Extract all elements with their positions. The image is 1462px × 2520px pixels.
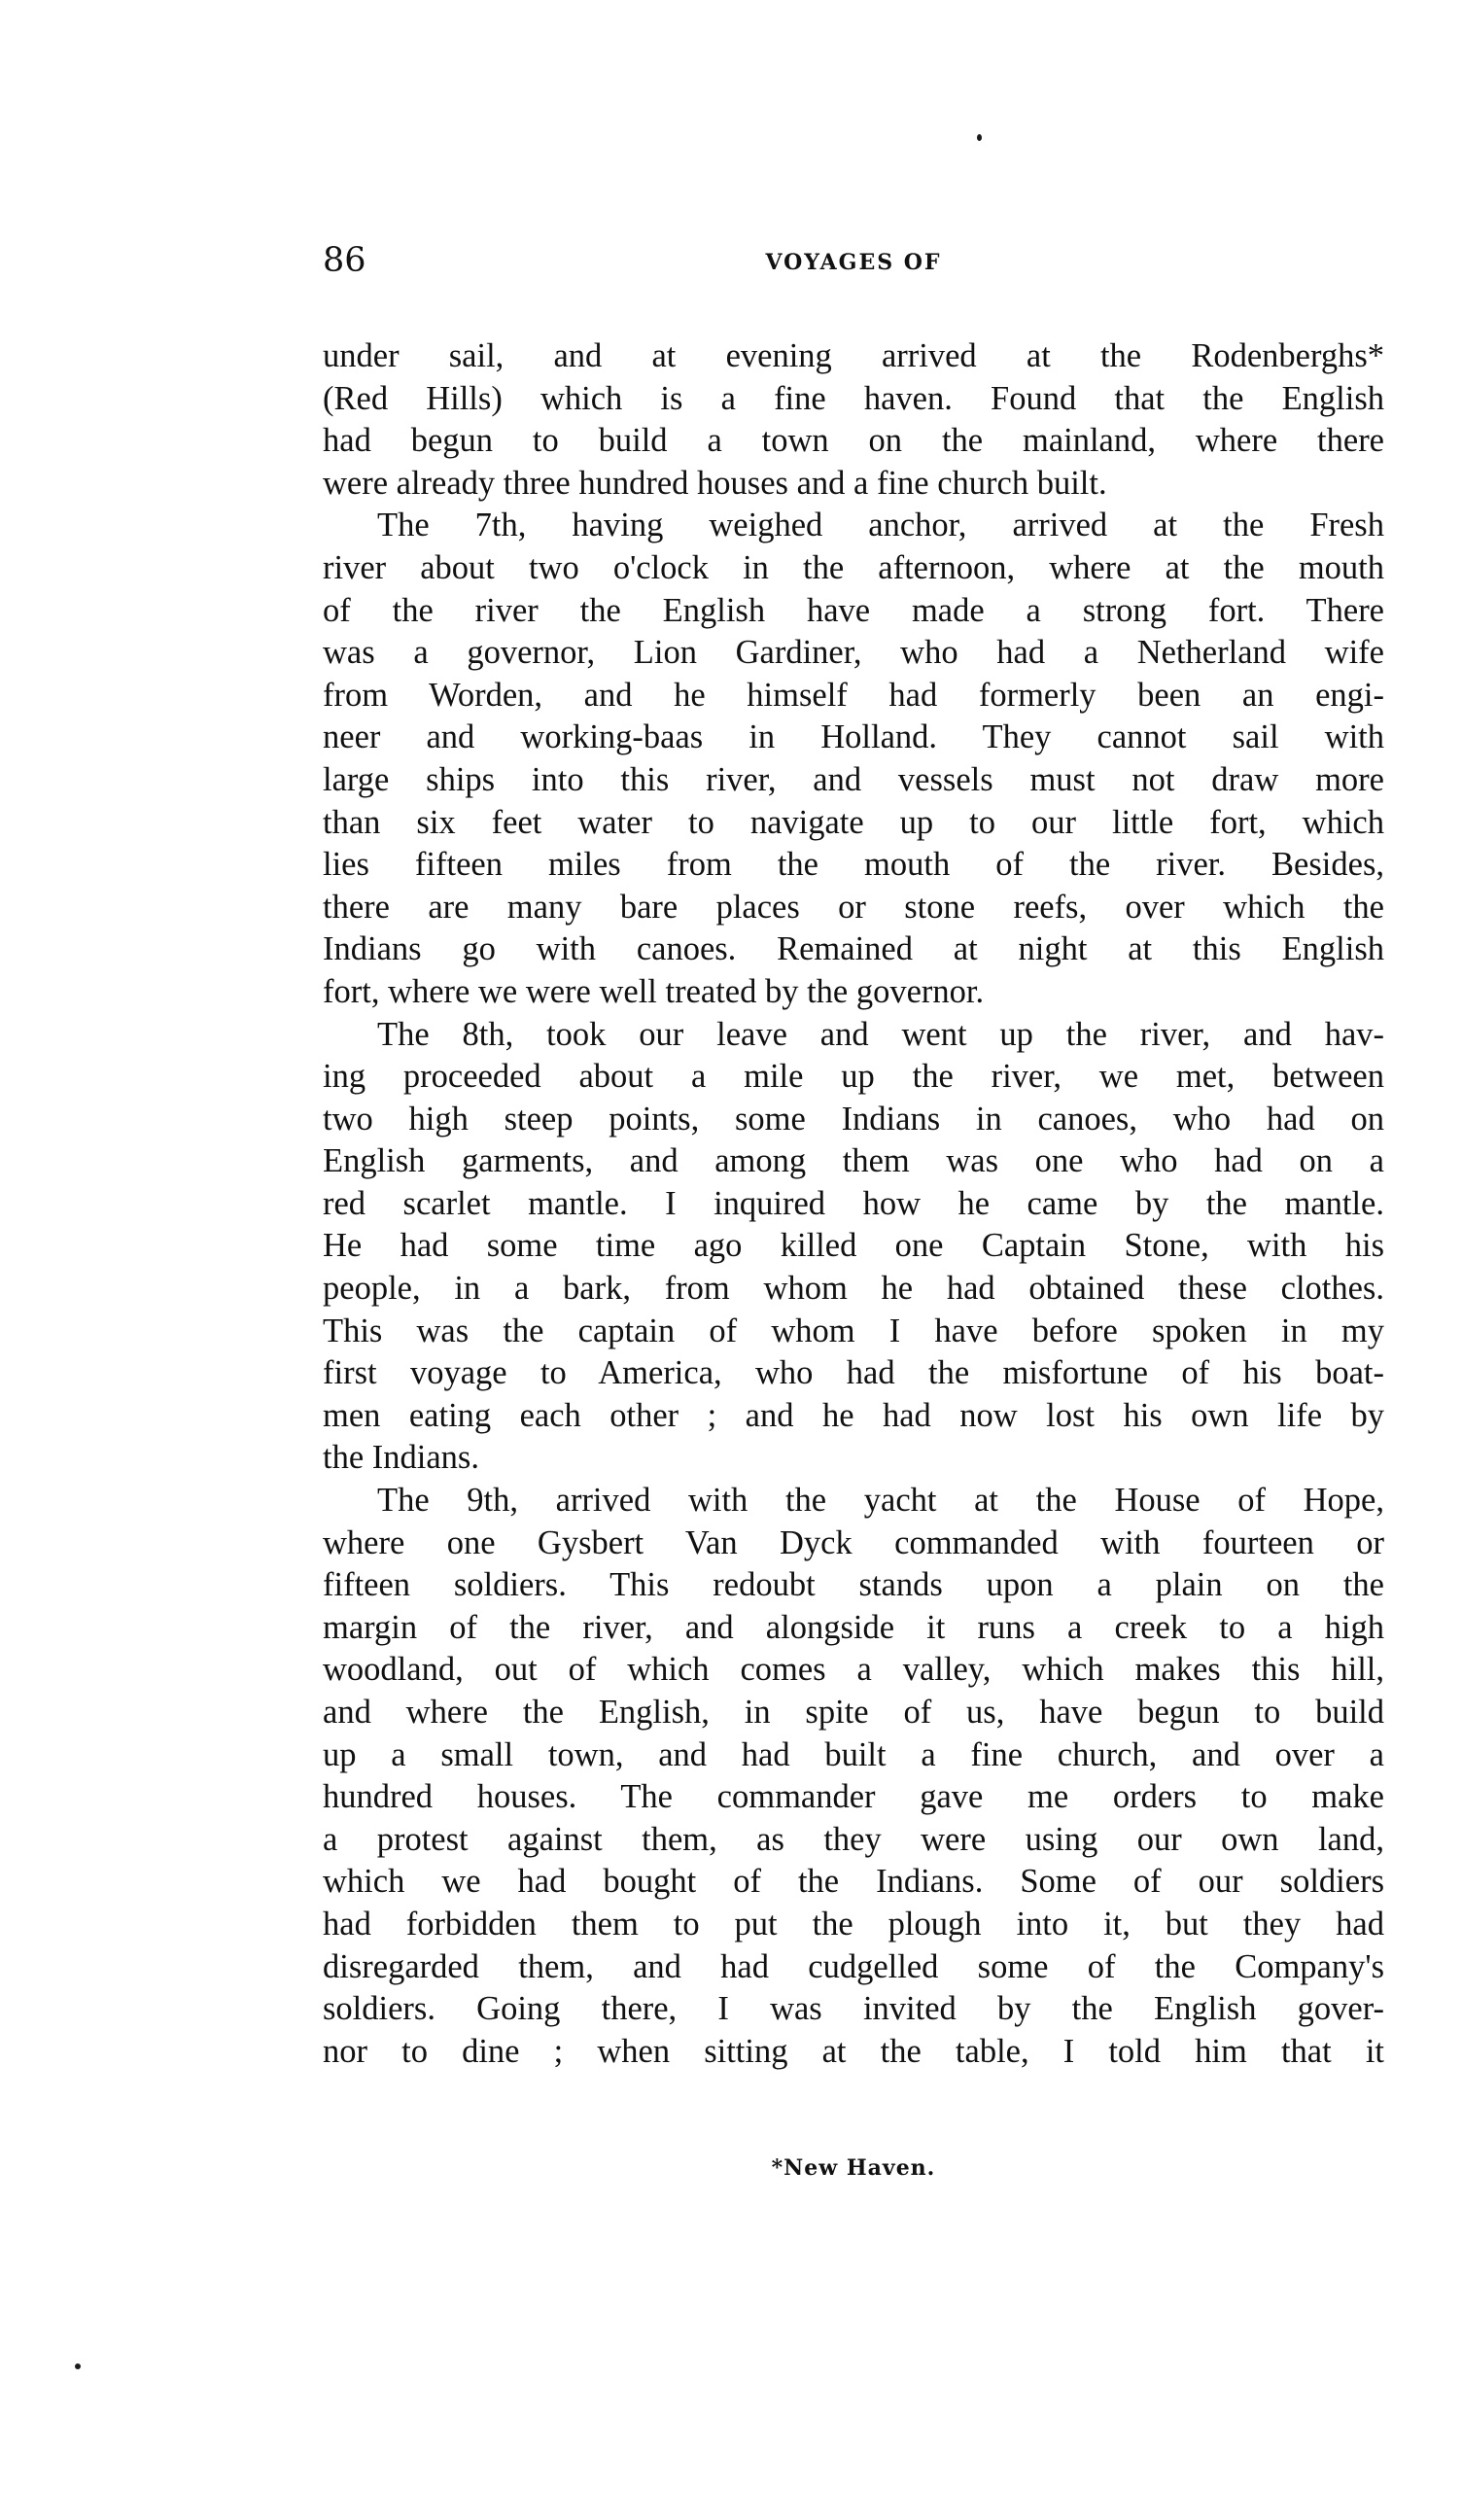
text-line: lies fifteen miles from the mouth of the… [323, 844, 1384, 887]
text-line: from Worden, and he himself had formerly… [323, 675, 1384, 717]
paragraph-first-line: The 9th, arrived with the yacht at the H… [323, 1480, 1384, 1522]
text-line: had forbidden them to put the plough int… [323, 1904, 1384, 1946]
text-line: ing proceeded about a mile up the river,… [323, 1056, 1384, 1099]
text-line: English garments, and among them was one… [323, 1140, 1384, 1183]
body-text: under sail, and at evening arrived at th… [323, 335, 1384, 2073]
text-line: (Red Hills) which is a fine haven. Found… [323, 378, 1384, 421]
text-line: had begun to build a town on the mainlan… [323, 420, 1384, 463]
text-line: there are many bare places or stone reef… [323, 887, 1384, 929]
text-line: and where the English, in spite of us, h… [323, 1692, 1384, 1734]
running-title: VOYAGES OF [323, 243, 1384, 282]
text-line: Indians go with canoes. Remained at nigh… [323, 928, 1384, 971]
text-line: under sail, and at evening arrived at th… [323, 335, 1384, 378]
scan-speck [75, 2363, 81, 2369]
text-line: fort, where we were well treated by the … [323, 971, 1384, 1014]
text-line: river about two o'clock in the afternoon… [323, 547, 1384, 590]
text-line: were already three hundred houses and a … [323, 463, 1384, 506]
text-line: a protest against them, as they were usi… [323, 1819, 1384, 1862]
text-line: neer and working-baas in Holland. They c… [323, 717, 1384, 759]
paragraph-first-line: The 7th, having weighed anchor, arrived … [323, 505, 1384, 547]
text-line: hundred houses. The commander gave me or… [323, 1776, 1384, 1819]
scan-speck [977, 134, 982, 141]
text-line: fifteen soldiers. This redoubt stands up… [323, 1564, 1384, 1607]
text-line: was a governor, Lion Gardiner, who had a… [323, 632, 1384, 675]
text-line: margin of the river, and alongside it ru… [323, 1607, 1384, 1650]
text-line: the Indians. [323, 1437, 1384, 1480]
book-page: 86 VOYAGES OF under sail, and at evening… [0, 0, 1462, 2520]
text-line: large ships into this river, and vessels… [323, 759, 1384, 802]
footnote: *New Haven. [323, 2151, 1384, 2186]
text-line: woodland, out of which comes a valley, w… [323, 1649, 1384, 1692]
text-line: This was the captain of whom I have befo… [323, 1311, 1384, 1353]
text-line: two high steep points, some Indians in c… [323, 1099, 1384, 1141]
text-line: men eating each other ; and he had now l… [323, 1395, 1384, 1438]
text-line: of the river the English have made a str… [323, 590, 1384, 633]
text-line: red scarlet mantle. I inquired how he ca… [323, 1183, 1384, 1226]
text-line: He had some time ago killed one Captain … [323, 1225, 1384, 1268]
text-line: people, in a bark, from whom he had obta… [323, 1268, 1384, 1311]
text-line: first voyage to America, who had the mis… [323, 1352, 1384, 1395]
text-line: where one Gysbert Van Dyck commanded wit… [323, 1522, 1384, 1565]
running-head: 86 VOYAGES OF [323, 239, 1384, 282]
text-line: soldiers. Going there, I was invited by … [323, 1988, 1384, 2031]
text-line: nor to dine ; when sitting at the table,… [323, 2031, 1384, 2074]
paragraph-first-line: The 8th, took our leave and went up the … [323, 1014, 1384, 1057]
text-line: than six feet water to navigate up to ou… [323, 802, 1384, 845]
text-line: which we had bought of the Indians. Some… [323, 1861, 1384, 1904]
text-line: disregarded them, and had cudgelled some… [323, 1946, 1384, 1989]
text-line: up a small town, and had built a fine ch… [323, 1734, 1384, 1777]
